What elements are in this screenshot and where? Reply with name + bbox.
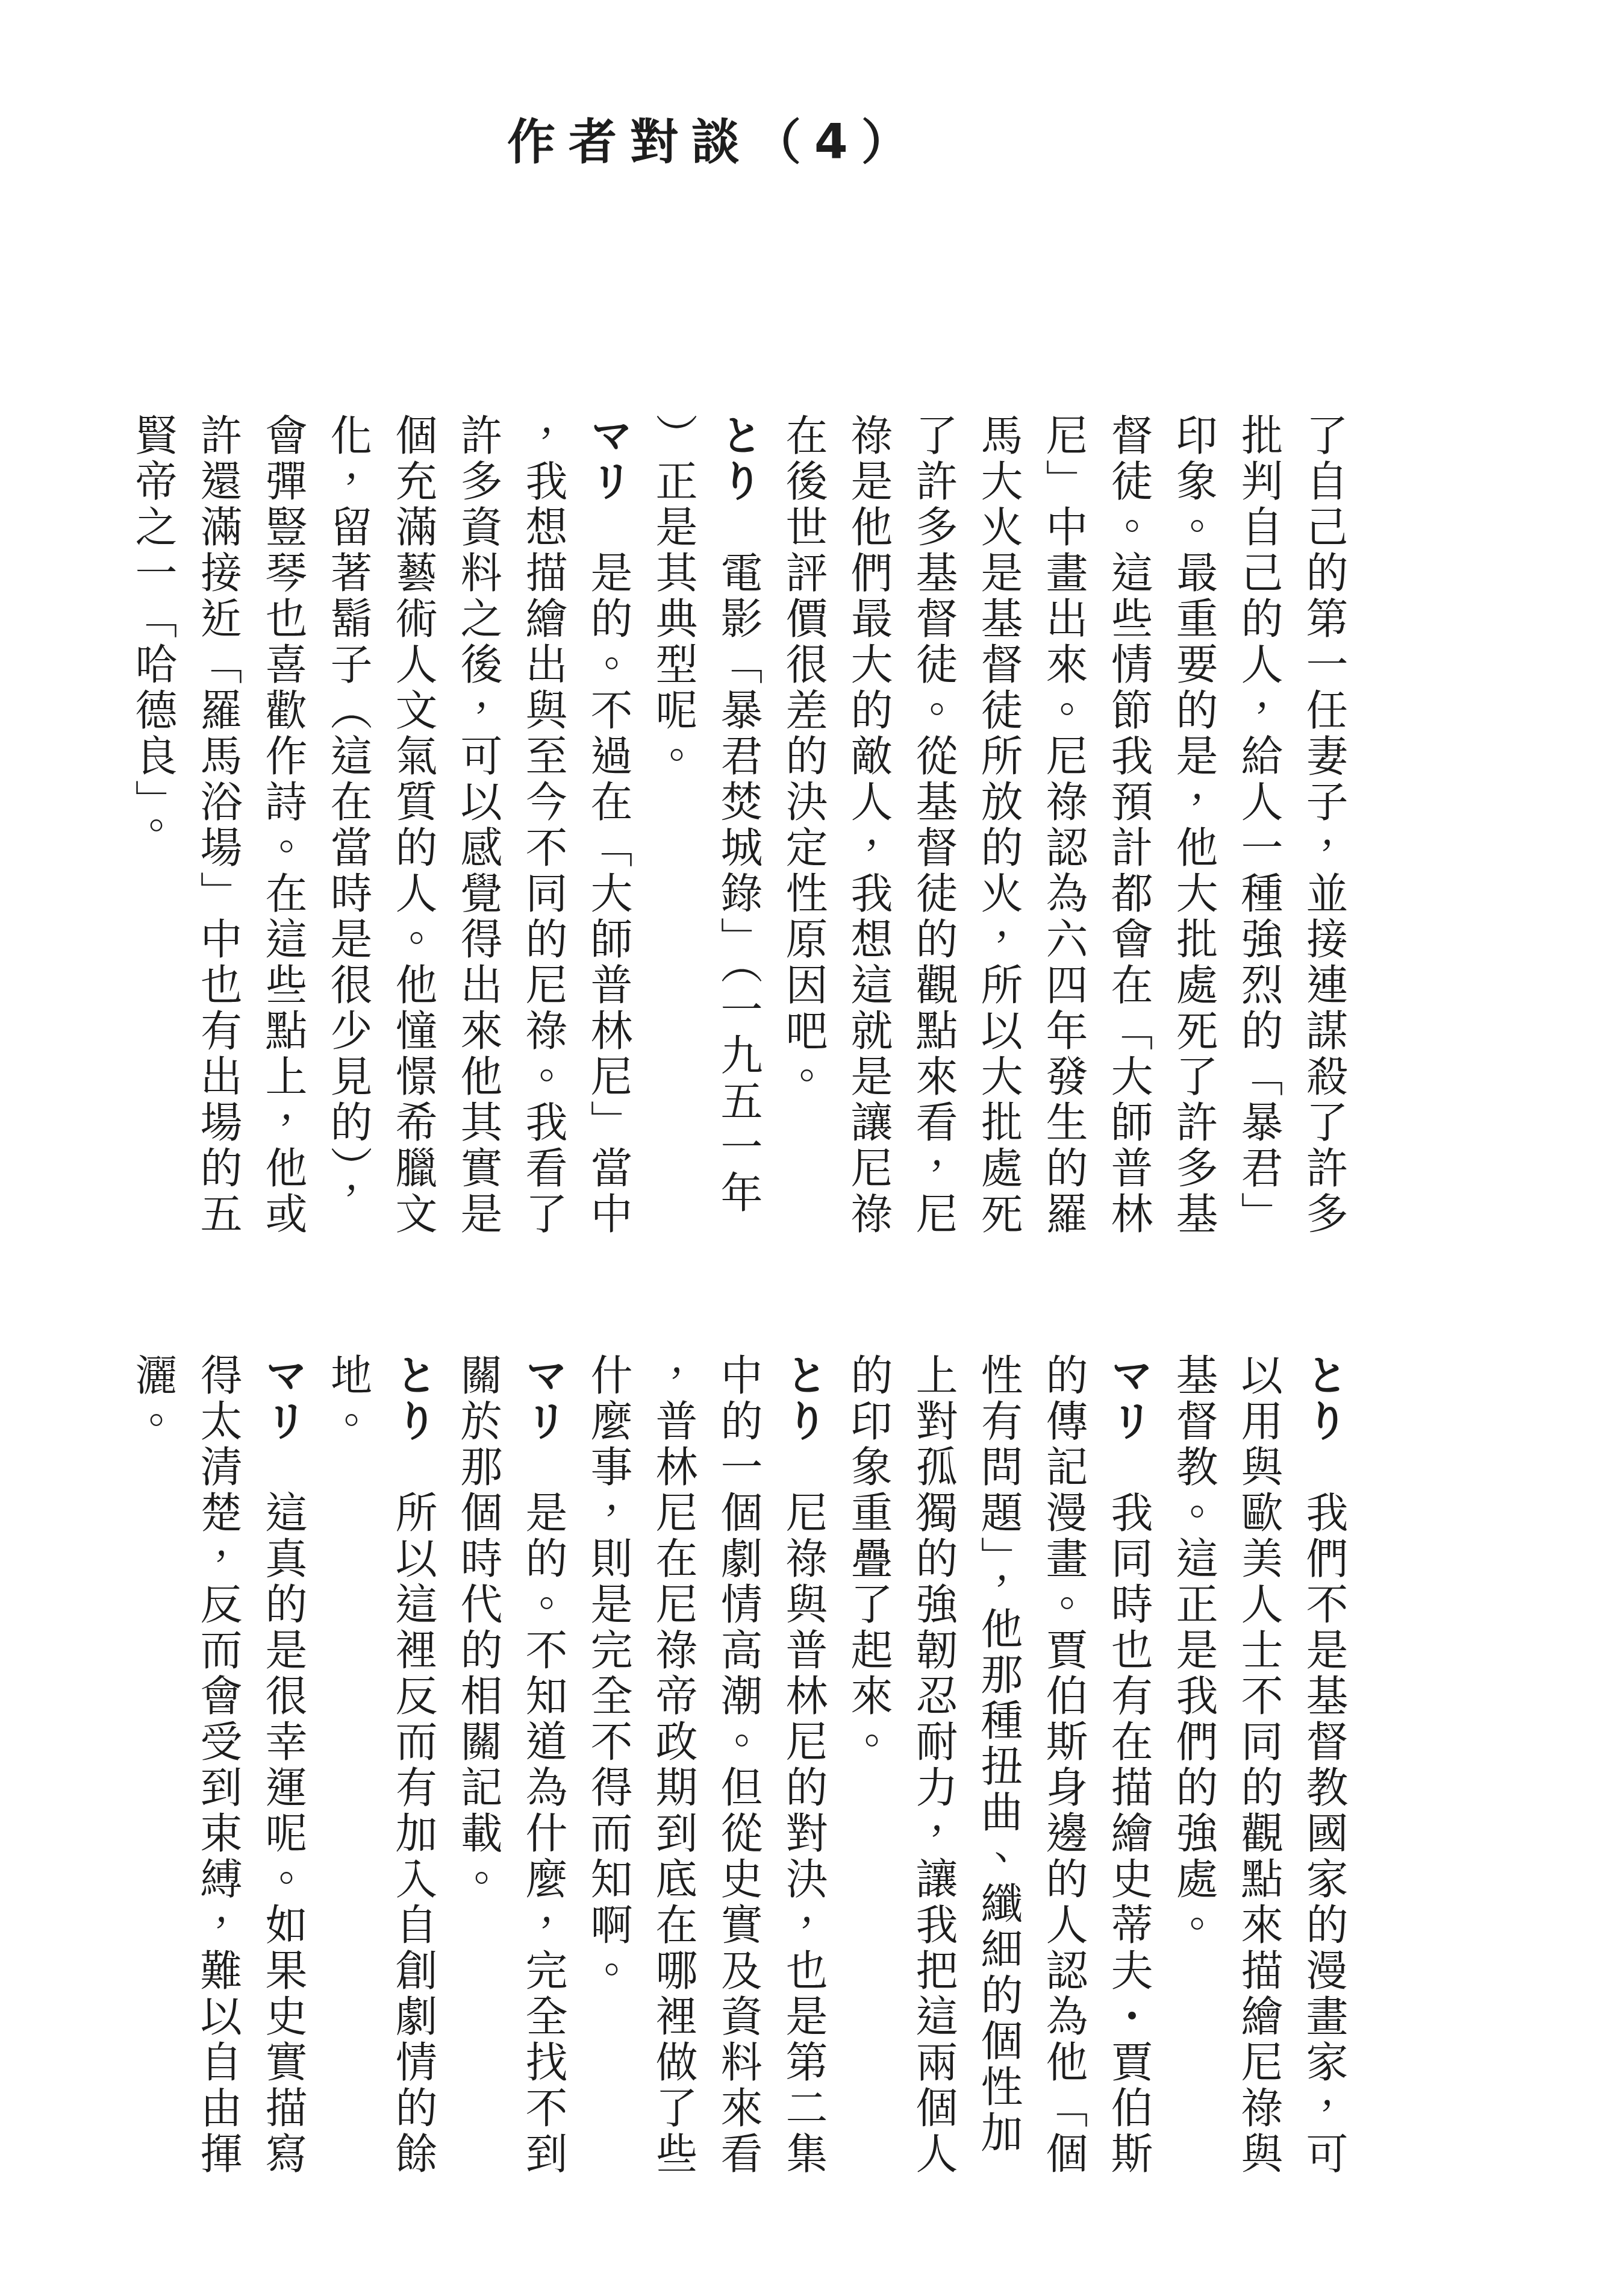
text-column: マリ 是的。不知道為什麼，完全找不到 [511, 1353, 576, 2209]
text-column: 以用與歐美人士不同的觀點來描繪尼祿與 [1226, 1353, 1291, 2209]
dialogue-text: 尼」中畫出來。尼祿認為六四年發生的羅 [1039, 413, 1088, 1237]
dialogue-text: 的印象重疊了起來。 [844, 1353, 893, 1765]
text-column: 尼」中畫出來。尼祿認為六四年發生的羅 [1031, 413, 1096, 1269]
dialogue-text: 督徒。這些情節我預計都會在「大師普林 [1104, 413, 1153, 1237]
text-column: とり 我們不是基督教國家的漫畫家，可 [1291, 1353, 1356, 2209]
dialogue-text: 在後世評價很差的決定性原因吧。 [779, 413, 828, 1100]
dialogue-text: 馬大火是基督徒所放的火，所以大批處死 [974, 413, 1023, 1237]
text-column: 印象。最重要的是，他大批處死了許多基 [1161, 413, 1226, 1269]
dialogue-text: 賢帝之一「哈德良」。 [128, 413, 178, 850]
text-column: 許多資料之後，可以感覺得出來他其實是 [446, 413, 511, 1269]
speaker-name: とり [388, 1353, 438, 1445]
dialogue-text: 印象。最重要的是，他大批處死了許多基 [1169, 413, 1218, 1237]
speaker-name: マリ [1104, 1353, 1153, 1445]
dialogue-text: 許還滿接近「羅馬浴場」中也有出場的五 [193, 413, 243, 1237]
text-column: 了自己的第一任妻子，並接連謀殺了許多 [1291, 413, 1356, 1269]
dialogue-text: 以用與歐美人士不同的觀點來描繪尼祿與 [1234, 1353, 1284, 2177]
text-column: 批判自己的人，給人一種強烈的「暴君」 [1226, 413, 1291, 1269]
speaker-name: マリ [584, 413, 633, 505]
dialogue-text: 得太清楚，反而會受到束縛，難以自由揮 [193, 1353, 243, 2177]
speaker-name: マリ [519, 1353, 568, 1445]
text-column: とり 尼祿與普林尼的對決，也是第二集 [771, 1353, 836, 2209]
text-column: 許還滿接近「羅馬浴場」中也有出場的五 [186, 413, 251, 1269]
dialogue-text: 什麼事，則是完全不得而知啊。 [584, 1353, 633, 1994]
dialogue-text: 是的。不過在「大師普林尼」當中 [584, 505, 633, 1237]
text-column: 會彈豎琴也喜歡作詩。在這些點上，他或 [251, 413, 316, 1269]
dialogue-text: 許多資料之後，可以感覺得出來他其實是 [454, 413, 503, 1237]
text-column: 個充滿藝術人文氣質的人。他憧憬希臘文 [381, 413, 446, 1269]
text-column: 關於那個時代的相關記載。 [446, 1353, 511, 2209]
text-column: 地。 [316, 1353, 381, 2209]
dialogue-text: 基督教。這正是我們的強處。 [1169, 1353, 1218, 1948]
speaker-name: とり [714, 413, 763, 505]
dialogue-text: 祿是他們最大的敵人，我想這就是讓尼祿 [844, 413, 893, 1237]
dialogue-text: ，普林尼在尼祿帝政期到底在哪裡做了些 [649, 1353, 698, 2177]
text-column: 賢帝之一「哈德良」。 [120, 413, 186, 1269]
dialogue-text: 批判自己的人，給人一種強烈的「暴君」 [1234, 413, 1284, 1237]
text-column: とり 電影「暴君焚城錄」（一九五一年 [706, 413, 771, 1269]
text-column: ，普林尼在尼祿帝政期到底在哪裡做了些 [641, 1353, 706, 2209]
dialogue-text: 我同時也有在描繪史蒂夫・賈伯斯 [1104, 1445, 1153, 2177]
dialogue-text: 的傳記漫畫。賈伯斯身邊的人認為他「個 [1039, 1353, 1088, 2177]
dialogue-text: 個充滿藝術人文氣質的人。他憧憬希臘文 [388, 413, 438, 1237]
text-column: とり 所以這裡反而有加入自創劇情的餘 [381, 1353, 446, 2209]
dialogue-text: 這真的是很幸運呢。如果史實描寫 [258, 1445, 308, 2177]
text-column: 中的一個劇情高潮。但從史實及資料來看 [706, 1353, 771, 2209]
text-column: 督徒。這些情節我預計都會在「大師普林 [1096, 413, 1161, 1269]
text-column: ，我想描繪出與至今不同的尼祿。我看了 [511, 413, 576, 1269]
dialogue-text: 會彈豎琴也喜歡作詩。在這些點上，他或 [258, 413, 308, 1237]
dialogue-block-upper: 了自己的第一任妻子，並接連謀殺了許多批判自己的人，給人一種強烈的「暴君」印象。最… [120, 413, 1356, 1269]
dialogue-text: 電影「暴君焚城錄」（一九五一年 [714, 505, 763, 1216]
text-column: 得太清楚，反而會受到束縛，難以自由揮 [186, 1353, 251, 2209]
speaker-name: マリ [258, 1353, 308, 1445]
dialogue-text: 關於那個時代的相關記載。 [454, 1353, 503, 1903]
dialogue-text: 是的。不知道為什麼，完全找不到 [519, 1445, 568, 2177]
dialogue-text: 我們不是基督教國家的漫畫家，可 [1299, 1445, 1349, 2177]
text-column: 上對孤獨的強韌忍耐力，讓我把這兩個人 [901, 1353, 966, 2209]
dialogue-text: 上對孤獨的強韌忍耐力，讓我把這兩個人 [909, 1353, 958, 2177]
dialogue-text: 了許多基督徒。從基督徒的觀點來看，尼 [909, 413, 958, 1237]
text-column: 了許多基督徒。從基督徒的觀點來看，尼 [901, 413, 966, 1269]
dialogue-text: 所以這裡反而有加入自創劇情的餘 [388, 1445, 438, 2177]
dialogue-text: 尼祿與普林尼的對決，也是第二集 [779, 1445, 828, 2177]
text-column: 在後世評價很差的決定性原因吧。 [771, 413, 836, 1269]
text-column: 的印象重疊了起來。 [836, 1353, 901, 2209]
text-column: ）正是其典型呢。 [641, 413, 706, 1269]
dialogue-text: 中的一個劇情高潮。但從史實及資料來看 [714, 1353, 763, 2177]
text-column: 祿是他們最大的敵人，我想這就是讓尼祿 [836, 413, 901, 1269]
text-column: マリ 這真的是很幸運呢。如果史實描寫 [251, 1353, 316, 2209]
text-column: 馬大火是基督徒所放的火，所以大批處死 [966, 413, 1031, 1269]
text-column: 灑。 [120, 1353, 186, 2209]
text-column: 基督教。這正是我們的強處。 [1161, 1353, 1226, 2209]
text-column: 化，留著鬍子（這在當時是很少見的）， [316, 413, 381, 1269]
text-column: マリ 是的。不過在「大師普林尼」當中 [576, 413, 641, 1269]
dialogue-text: ）正是其典型呢。 [649, 413, 698, 780]
dialogue-block-lower: とり 我們不是基督教國家的漫畫家，可以用與歐美人士不同的觀點來描繪尼祿與基督教。… [120, 1353, 1356, 2209]
text-column: 的傳記漫畫。賈伯斯身邊的人認為他「個 [1031, 1353, 1096, 2209]
dialogue-text: 性有問題」，他那種扭曲、纖細的個性加 [974, 1353, 1023, 2156]
speaker-name: とり [1299, 1353, 1349, 1445]
page-title: 作者對談（4） [507, 118, 923, 166]
text-column: マリ 我同時也有在描繪史蒂夫・賈伯斯 [1096, 1353, 1161, 2209]
text-column: 什麼事，則是完全不得而知啊。 [576, 1353, 641, 2209]
dialogue-text: 灑。 [128, 1353, 178, 1445]
dialogue-text: 地。 [323, 1353, 373, 1445]
dialogue-text: 化，留著鬍子（這在當時是很少見的）， [323, 413, 373, 1216]
book-page: 作者對談（4） 了自己的第一任妻子，並接連謀殺了許多批判自己的人，給人一種強烈的… [0, 0, 1622, 2296]
dialogue-text: ，我想描繪出與至今不同的尼祿。我看了 [519, 413, 568, 1237]
speaker-name: とり [779, 1353, 828, 1445]
dialogue-text: 了自己的第一任妻子，並接連謀殺了許多 [1299, 413, 1349, 1237]
text-column: 性有問題」，他那種扭曲、纖細的個性加 [966, 1353, 1031, 2209]
